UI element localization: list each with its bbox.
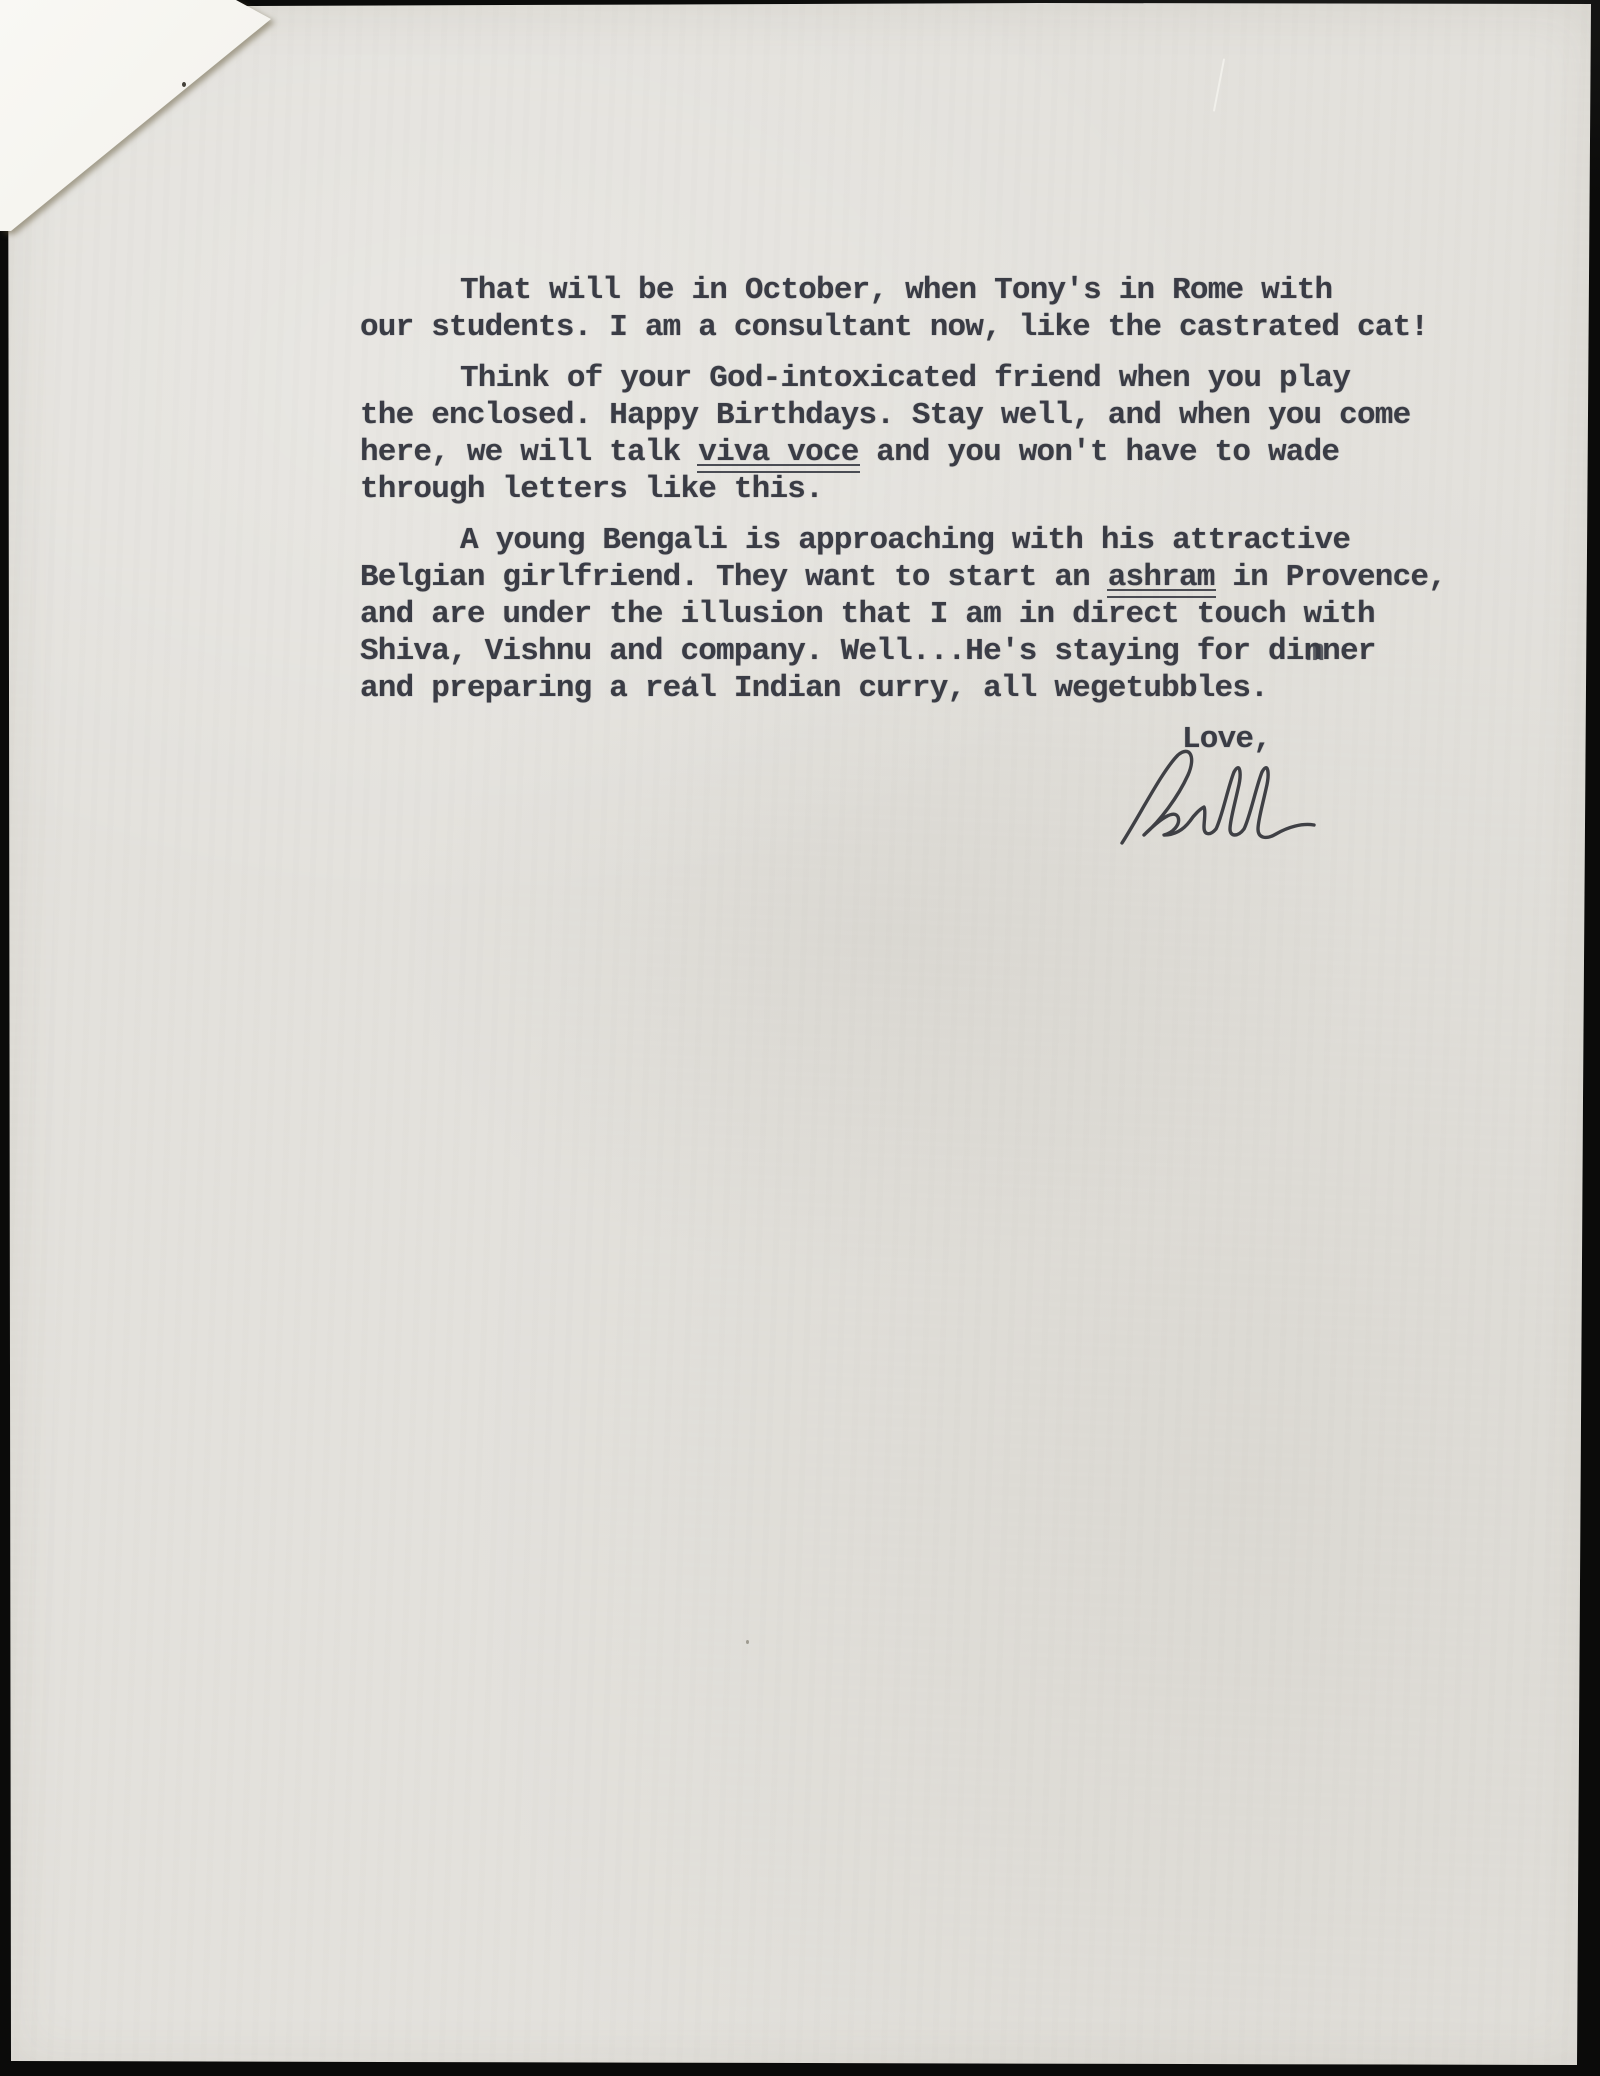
folded-page-corner-surface (0, 0, 300, 250)
line-segment: and you won't have to wade (859, 435, 1340, 470)
underlined-phrase-viva-voce: viva voce (698, 435, 858, 470)
signature-handwriting-bill (1118, 745, 1318, 855)
letter-line: through letters like this. (360, 471, 1520, 508)
letter-line: here, we will talk viva voce and you won… (360, 434, 1520, 471)
closing-love: Love, (360, 721, 1520, 758)
letter-line: our students. I am a consultant now, lik… (360, 309, 1520, 346)
letter-line: Shiva, Vishnu and company. Well...He's s… (360, 633, 1520, 670)
edge-speck (182, 82, 186, 87)
letter-page: That will be in October, when Tony's in … (0, 0, 1600, 2076)
overstruck-letter: mn (1304, 633, 1323, 670)
letter-line: A young Bengali is approaching with his … (360, 522, 1520, 559)
underlined-phrase-ashram: ashram (1108, 560, 1215, 595)
paragraph-3: A young Bengali is approaching with his … (360, 522, 1520, 707)
letter-line: Belgian girlfriend. They want to start a… (360, 559, 1520, 596)
line-segment: Belgian girlfriend. They want to start a… (360, 560, 1108, 595)
overstruck-underlay: m (1306, 634, 1324, 671)
line-segment: in Provence, (1215, 560, 1446, 595)
folded-page-corner (0, 0, 300, 250)
paragraph-1: That will be in October, when Tony's in … (360, 272, 1520, 346)
scanner-background: That will be in October, when Tony's in … (0, 0, 1600, 2076)
letter-line: Think of your God-intoxicated friend whe… (360, 360, 1520, 397)
paper-speck (746, 1640, 749, 1644)
line-segment: Shiva, Vishnu and company. Well...He's s… (360, 634, 1304, 669)
letter-line: That will be in October, when Tony's in … (360, 272, 1520, 309)
letter-line: and preparing a real Indian curry, all w… (360, 670, 1520, 707)
paragraph-2: Think of your God-intoxicated friend whe… (360, 360, 1520, 508)
line-segment: ner (1322, 634, 1375, 669)
line-segment: here, we will talk (360, 435, 698, 470)
letter-line: the enclosed. Happy Birthdays. Stay well… (360, 397, 1520, 434)
letter-text: That will be in October, when Tony's in … (360, 272, 1520, 758)
letter-line: and are under the illusion that I am in … (360, 596, 1520, 633)
